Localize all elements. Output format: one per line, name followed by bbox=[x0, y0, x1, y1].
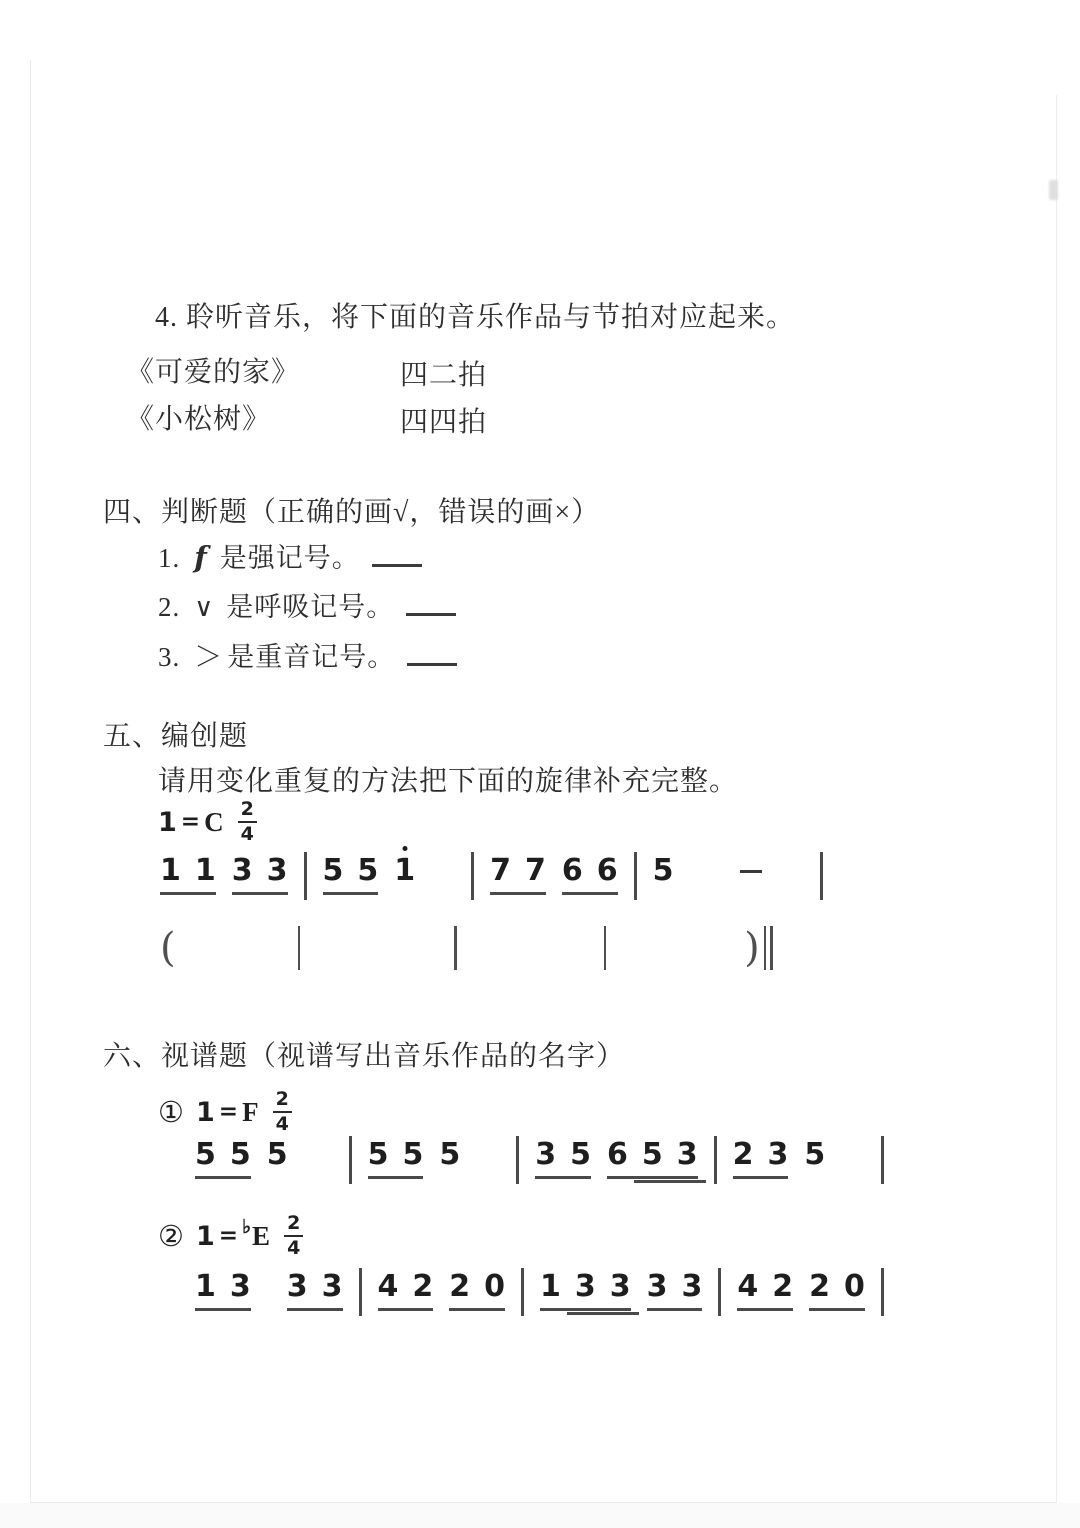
sixteenth-beam bbox=[634, 1180, 671, 1183]
time-signature: 2 4 bbox=[273, 1090, 292, 1134]
beam-group: 13 bbox=[195, 1272, 251, 1311]
close-paren: ) bbox=[744, 928, 760, 968]
judge-item-1-text: 是强记号。 bbox=[220, 536, 360, 575]
match-work-1: 《可爱的家》 bbox=[126, 350, 300, 390]
judge-item-3-text: 是重音记号。 bbox=[227, 635, 395, 674]
time-signature-top: 2 bbox=[273, 1090, 292, 1113]
beam-group: 133 bbox=[540, 1272, 631, 1311]
jianpu-note: 5 bbox=[642, 1140, 663, 1170]
barline bbox=[516, 1136, 519, 1184]
circled-number-2: ② bbox=[158, 1219, 184, 1253]
beam-group: 33 bbox=[287, 1272, 343, 1311]
barline bbox=[521, 1268, 524, 1316]
key-signature-ex2: ② 1 = ♭ E 2 4 bbox=[158, 1214, 303, 1258]
tonic-numeral: 1 bbox=[158, 807, 177, 838]
barline bbox=[718, 1268, 721, 1316]
barline bbox=[764, 926, 767, 970]
beam-group: 42 bbox=[737, 1272, 793, 1311]
time-signature-bottom: 4 bbox=[287, 1237, 300, 1258]
sixteenth-beam bbox=[567, 1312, 604, 1315]
time-signature: 2 4 bbox=[284, 1214, 303, 1258]
barline bbox=[359, 1268, 362, 1316]
key-signature-ex1: ① 1 = F 2 4 bbox=[158, 1090, 292, 1134]
jianpu-note: 5 bbox=[230, 1140, 251, 1170]
jianpu-note: 7 bbox=[525, 856, 546, 886]
equals-sign: = bbox=[219, 1099, 238, 1125]
judge-item-1-number: 1. bbox=[158, 543, 180, 574]
jianpu-note: 5 bbox=[403, 1140, 424, 1170]
beam-group: 23 bbox=[733, 1140, 789, 1179]
barline bbox=[604, 926, 607, 970]
key-signature-compose: 1 = C 2 4 bbox=[158, 800, 257, 844]
key-letter: F bbox=[242, 1097, 259, 1128]
jianpu-note: 6 bbox=[562, 856, 583, 886]
jianpu-note: 3 bbox=[267, 856, 288, 886]
jianpu-note: 2 bbox=[733, 1140, 754, 1170]
barline bbox=[770, 926, 773, 970]
jianpu-note: 1 bbox=[394, 856, 415, 886]
jianpu-note: 1 bbox=[195, 856, 216, 886]
beam-group: 35 bbox=[535, 1140, 591, 1179]
page-left-edge bbox=[30, 60, 31, 1504]
jianpu-note: 1 bbox=[540, 1272, 561, 1302]
barline bbox=[454, 926, 457, 970]
sixteenth-beam bbox=[602, 1312, 639, 1315]
jianpu-note: 3 bbox=[230, 1272, 251, 1302]
jianpu-note: 5 bbox=[267, 1140, 288, 1170]
beam-group: 20 bbox=[449, 1272, 505, 1311]
judge-item-2-answer-blank bbox=[406, 601, 456, 616]
key-letter: C bbox=[204, 807, 224, 838]
jianpu-note: 3 bbox=[682, 1272, 703, 1302]
equals-sign: = bbox=[219, 1223, 238, 1249]
jianpu-note: 3 bbox=[535, 1140, 556, 1170]
judge-section-heading: 四、判断题（正确的画√，错误的画×） bbox=[103, 490, 600, 530]
barline bbox=[298, 926, 301, 970]
beam-group: 77 bbox=[490, 856, 546, 895]
jianpu-note: 5 bbox=[368, 1140, 389, 1170]
high-octave-dot bbox=[402, 846, 407, 851]
jianpu-note: 3 bbox=[232, 856, 253, 886]
judge-item-2-text: 是呼吸记号。 bbox=[226, 585, 394, 624]
beam-group: 42 bbox=[378, 1272, 434, 1311]
jianpu-note: 4 bbox=[737, 1272, 758, 1302]
scan-bottom-strip bbox=[0, 1503, 1080, 1528]
jianpu-note: 2 bbox=[412, 1272, 433, 1302]
jianpu-note: 6 bbox=[607, 1140, 628, 1170]
jianpu-note: 5 bbox=[570, 1140, 591, 1170]
beam-group: 653 bbox=[607, 1140, 698, 1179]
circled-number-1: ① bbox=[158, 1095, 184, 1129]
page-right-edge bbox=[1056, 95, 1057, 1503]
sixteenth-beam bbox=[669, 1180, 706, 1183]
sight-section-heading: 六、视谱题（视谱写出音乐作品的名字） bbox=[103, 1034, 625, 1074]
jianpu-note: 3 bbox=[610, 1272, 631, 1302]
beam-group: 55 bbox=[195, 1140, 251, 1179]
jianpu-note: 1 bbox=[160, 856, 181, 886]
open-paren: ( bbox=[160, 928, 176, 968]
jianpu-note: 5 bbox=[439, 1140, 460, 1170]
jianpu-note: 3 bbox=[647, 1272, 668, 1302]
judge-item-1-answer-blank bbox=[372, 552, 422, 567]
beam-group: 55 bbox=[323, 856, 379, 895]
jianpu-note: 3 bbox=[322, 1272, 343, 1302]
time-signature-top: 2 bbox=[284, 1214, 303, 1237]
judge-item-1: 1. f 是强记号。 bbox=[158, 536, 422, 575]
forte-symbol: f bbox=[194, 540, 207, 574]
jianpu-note: 4 bbox=[378, 1272, 399, 1302]
jianpu-note: 5 bbox=[653, 856, 674, 886]
time-signature-bottom: 4 bbox=[241, 823, 254, 844]
scan-smudge bbox=[1049, 180, 1058, 200]
double-barline bbox=[764, 926, 773, 970]
match-work-2: 《小松树》 bbox=[126, 397, 271, 437]
barline bbox=[714, 1136, 717, 1184]
jianpu-note: 3 bbox=[677, 1140, 698, 1170]
worksheet-page: 4. 聆听音乐，将下面的音乐作品与节拍对应起来。 《可爱的家》 四二拍 《小松树… bbox=[0, 0, 1080, 1528]
jianpu-note: 5 bbox=[804, 1140, 825, 1170]
jianpu-note: 3 bbox=[768, 1140, 789, 1170]
match-beat-2: 四四拍 bbox=[400, 400, 487, 440]
breath-mark-symbol: ∨ bbox=[194, 593, 214, 623]
key-letter: E bbox=[252, 1221, 270, 1252]
barline bbox=[304, 852, 307, 900]
jianpu-note: 5 bbox=[195, 1140, 216, 1170]
time-signature: 2 4 bbox=[238, 800, 257, 844]
jianpu-note: 3 bbox=[575, 1272, 596, 1302]
barline bbox=[881, 1268, 884, 1316]
jianpu-note: 2 bbox=[772, 1272, 793, 1302]
beam-group: 66 bbox=[562, 856, 618, 895]
jianpu-note: 5 bbox=[323, 856, 344, 886]
beam-group: 55 bbox=[368, 1140, 424, 1179]
jianpu-note: 3 bbox=[287, 1272, 308, 1302]
tonic-numeral: 1 bbox=[196, 1221, 215, 1252]
compose-section-heading: 五、编创题 bbox=[103, 714, 248, 754]
tonic-numeral: 1 bbox=[196, 1097, 215, 1128]
beam-group: 20 bbox=[809, 1272, 865, 1311]
jianpu-note: 2 bbox=[449, 1272, 470, 1302]
melody-line-given: 113355177665 bbox=[160, 856, 839, 910]
beam-group: 11 bbox=[160, 856, 216, 895]
sight-melody-1: 55555535653235 bbox=[195, 1140, 900, 1194]
barline bbox=[634, 852, 637, 900]
equals-sign: = bbox=[181, 809, 200, 835]
half-note-dash bbox=[740, 870, 762, 873]
jianpu-note: 5 bbox=[357, 856, 378, 886]
compose-instruction: 请用变化重复的方法把下面的旋律补充完整。 bbox=[158, 759, 738, 799]
time-signature-top: 2 bbox=[238, 800, 257, 823]
judge-item-3-number: 3. bbox=[158, 642, 180, 673]
jianpu-note: 6 bbox=[597, 856, 618, 886]
judge-item-2-number: 2. bbox=[158, 592, 180, 623]
melody-answer-line: () bbox=[160, 920, 789, 976]
judge-item-3-answer-blank bbox=[407, 651, 457, 666]
sight-melody-2: 13334220133334220 bbox=[195, 1272, 900, 1326]
accent-mark-symbol: ＞ bbox=[194, 635, 223, 675]
jianpu-note: 2 bbox=[809, 1272, 830, 1302]
jianpu-note: 1 bbox=[195, 1272, 216, 1302]
time-signature-bottom: 4 bbox=[276, 1113, 289, 1134]
jianpu-note: 0 bbox=[844, 1272, 865, 1302]
beam-group: 33 bbox=[232, 856, 288, 895]
judge-item-3: 3. ＞ 是重音记号。 bbox=[158, 635, 457, 675]
barline bbox=[349, 1136, 352, 1184]
match-beat-1: 四二拍 bbox=[400, 353, 487, 393]
jianpu-note: 7 bbox=[490, 856, 511, 886]
barline bbox=[820, 852, 823, 900]
jianpu-note: 0 bbox=[484, 1272, 505, 1302]
listening-question-title: 4. 聆听音乐，将下面的音乐作品与节拍对应起来。 bbox=[155, 295, 795, 335]
barline bbox=[471, 852, 474, 900]
barline bbox=[881, 1136, 884, 1184]
flat-symbol: ♭ bbox=[242, 1216, 251, 1239]
judge-item-2: 2. ∨ 是呼吸记号。 bbox=[158, 585, 456, 624]
beam-group: 33 bbox=[647, 1272, 703, 1311]
